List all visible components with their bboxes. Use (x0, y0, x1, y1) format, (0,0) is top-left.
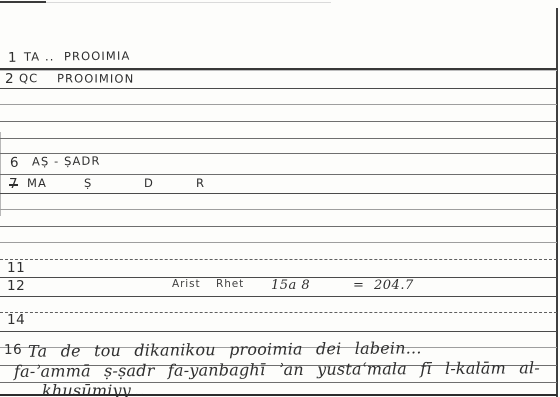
rule-line (0, 242, 557, 243)
entry-row-14-text: 14 (7, 312, 25, 328)
entry-row-16-text: Ta de tou dikanikou prooimia dei labein.… (28, 338, 422, 360)
entry-row-6-text: 6 (10, 155, 19, 171)
entry-row-12-text: 15a 8 (271, 278, 310, 293)
entry-row-7-text: MA (27, 176, 47, 190)
rule-line (0, 138, 557, 139)
rule-line (0, 121, 557, 122)
entry-row-12-text: 12 (7, 278, 25, 294)
entry-row-7-text: R (196, 176, 205, 190)
entry-row-18: khuṣūmiyy... (0, 381, 560, 397)
entry-row-12-text: = (353, 278, 364, 293)
entry-row-12-text: Rhet (216, 278, 244, 290)
top-edge-line-dark (0, 1, 46, 3)
entry-row-11: 11 (0, 260, 560, 280)
rule-line (0, 226, 557, 227)
entry-row-1: 1TA ..PROOIMIA (0, 44, 560, 70)
entry-row-1-text: PROOIMIA (64, 49, 131, 64)
top-edge-line-faint (46, 2, 331, 3)
entry-row-7-text: Ṣ (84, 176, 92, 190)
entry-row-2-text: QC (19, 71, 38, 85)
entry-row-6: 6AṢ - ṢADR (0, 147, 560, 175)
entry-row-7: 7MAṢDR (0, 176, 560, 196)
entry-row-1-text: 1 (8, 50, 17, 66)
entry-row-12-text: Arist (172, 278, 201, 290)
entry-row-14: 14 (0, 312, 560, 332)
entry-row-18-text: khuṣūmiyy... (42, 381, 145, 397)
entry-row-1-text: TA .. (24, 49, 55, 63)
entry-row-11-text: 11 (7, 260, 25, 276)
entry-row-12-text: 204.7 (374, 278, 414, 293)
entry-row-2-text: PROOIMION (57, 71, 134, 85)
entry-row-2: 2QCPROOIMION (0, 71, 560, 94)
rule-line (0, 104, 557, 105)
entry-row-2-text: 2 (5, 71, 14, 87)
entry-row-17: fa-ʾammā ṣ-ṣadr fa-yanbaghī ʾan yustaʿma… (0, 358, 560, 382)
entry-row-6-text: AṢ - ṢADR (32, 154, 101, 169)
rule-line (0, 209, 557, 210)
entry-row-12: 12AristRhet15a 8=204.7 (0, 278, 560, 298)
entry-row-7-text: 7 (9, 176, 18, 192)
entry-row-16-text: 16 (4, 342, 22, 358)
rule-line (0, 174, 557, 175)
entry-row-17-text: fa-ʾammā ṣ-ṣadr fa-yanbaghī ʾan yustaʿma… (14, 358, 540, 381)
index-card: 1TA ..PROOIMIA2QCPROOIMION6AṢ - ṢADR7MAṢ… (0, 0, 560, 397)
entry-row-7-text: D (144, 176, 154, 190)
